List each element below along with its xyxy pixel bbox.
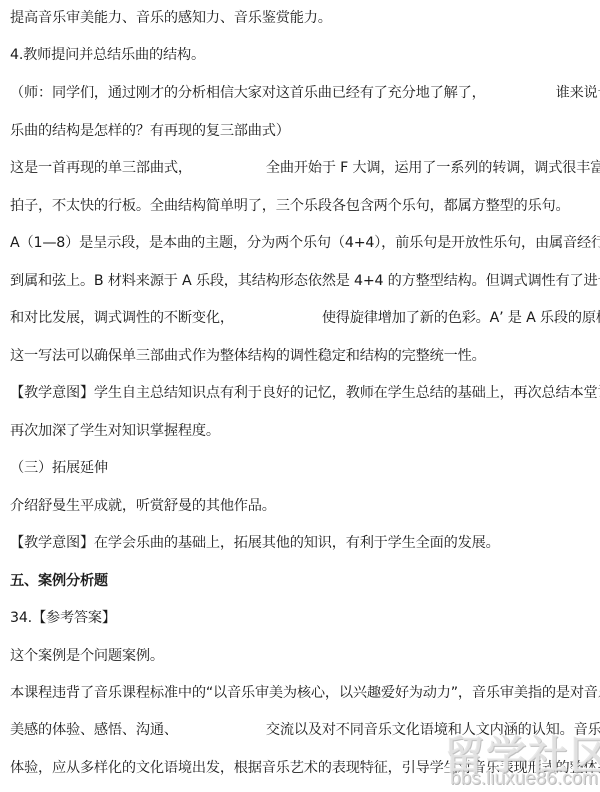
line-segment: （师：同学们，通过刚才的分析相信大家对这首乐曲已经有了充分地了解了， bbox=[10, 85, 486, 101]
paragraph-line: 这是一首再现的单三部曲式，全曲开始于 F 大调，运用了一系列的转调，调式很丰富，… bbox=[10, 158, 600, 178]
paragraph-line: 再次加深了学生对知识掌握程度。 bbox=[10, 421, 220, 441]
paragraph-line: 提高音乐审美能力、音乐的感知力、音乐鉴赏能力。 bbox=[10, 8, 332, 28]
subsection-heading: （三）拓展延伸 bbox=[10, 458, 108, 478]
line-segment: 和对比发展，调式调性的不断变化， bbox=[10, 310, 234, 326]
line-segment: 全曲开始于 F 大调，运用了一系列的转调，调式很丰富，4/4 bbox=[266, 160, 600, 176]
teaching-intent-line: 【教学意图】在学会乐曲的基础上，拓展其他的知识，有利于学生全面的发展。 bbox=[10, 533, 500, 553]
paragraph-line: （师：同学们，通过刚才的分析相信大家对这首乐曲已经有了充分地了解了，谁来说一说 bbox=[10, 83, 600, 103]
section-heading-case-analysis: 五、案例分析题 bbox=[10, 571, 108, 591]
paragraph-line: 和对比发展，调式调性的不断变化，使得旋律增加了新的色彩。A’ 是 A 乐段的原样… bbox=[10, 308, 600, 328]
section-heading-question-4: 4.教师提问并总结乐曲的结构。 bbox=[10, 45, 205, 65]
paragraph-line: 到属和弦上。B 材料来源于 A 乐段，其结构形态依然是 4+4 的方整型结构。但… bbox=[10, 271, 600, 291]
line-segment: 交流以及对不同音乐文化语境和人文内涵的认知。音乐的情感 bbox=[266, 722, 600, 738]
line-segment: 谁来说一说 bbox=[556, 85, 600, 101]
paragraph-line: 介绍舒曼生平成就，听赏舒曼的其他作品。 bbox=[10, 496, 276, 516]
line-segment: 使得旋律增加了新的色彩。A’ 是 A 乐段的原样再现， bbox=[322, 310, 600, 326]
line-segment: 美感的体验、感悟、沟通、 bbox=[10, 722, 178, 738]
paragraph-line: 乐曲的结构是怎样的？有再现的复三部曲式） bbox=[10, 121, 290, 141]
answer-label: 34.【参考答案】 bbox=[10, 608, 116, 628]
paragraph-line: A（1—8）是呈示段，是本曲的主题，分为两个乐句（4+4），前乐句是开放性乐句，… bbox=[10, 233, 600, 253]
teaching-intent-line: 【教学意图】学生自主总结知识点有利于良好的记忆，教师在学生总结的基础上，再次总结… bbox=[10, 383, 600, 403]
paragraph-line: 美感的体验、感悟、沟通、交流以及对不同音乐文化语境和人文内涵的认知。音乐的情感 bbox=[10, 720, 600, 740]
document-page: 提高音乐审美能力、音乐的感知力、音乐鉴赏能力。 4.教师提问并总结乐曲的结构。 … bbox=[0, 0, 600, 792]
paragraph-line: 这个案例是个问题案例。 bbox=[10, 646, 164, 666]
paragraph-line: 拍子，不太快的行板。全曲结构简单明了，三个乐段各包含两个乐句，都属方整型的乐句。 bbox=[10, 196, 570, 216]
line-segment: 这是一首再现的单三部曲式， bbox=[10, 160, 192, 176]
watermark: 留学社区 bbs.liuxue86.com bbox=[430, 700, 600, 792]
paragraph-line: 这一写法可以确保单三部曲式作为整体结构的调性稳定和结构的完整统一性。 bbox=[10, 346, 486, 366]
paragraph-line: 体验，应从多样化的文化语境出发，根据音乐艺术的表现特征，引导学生对音乐表现形式的… bbox=[10, 758, 600, 778]
paragraph-line: 本课程违背了音乐课程标准中的“以音乐审美为核心，以兴趣爱好为动力”，音乐审美指的… bbox=[10, 683, 600, 703]
